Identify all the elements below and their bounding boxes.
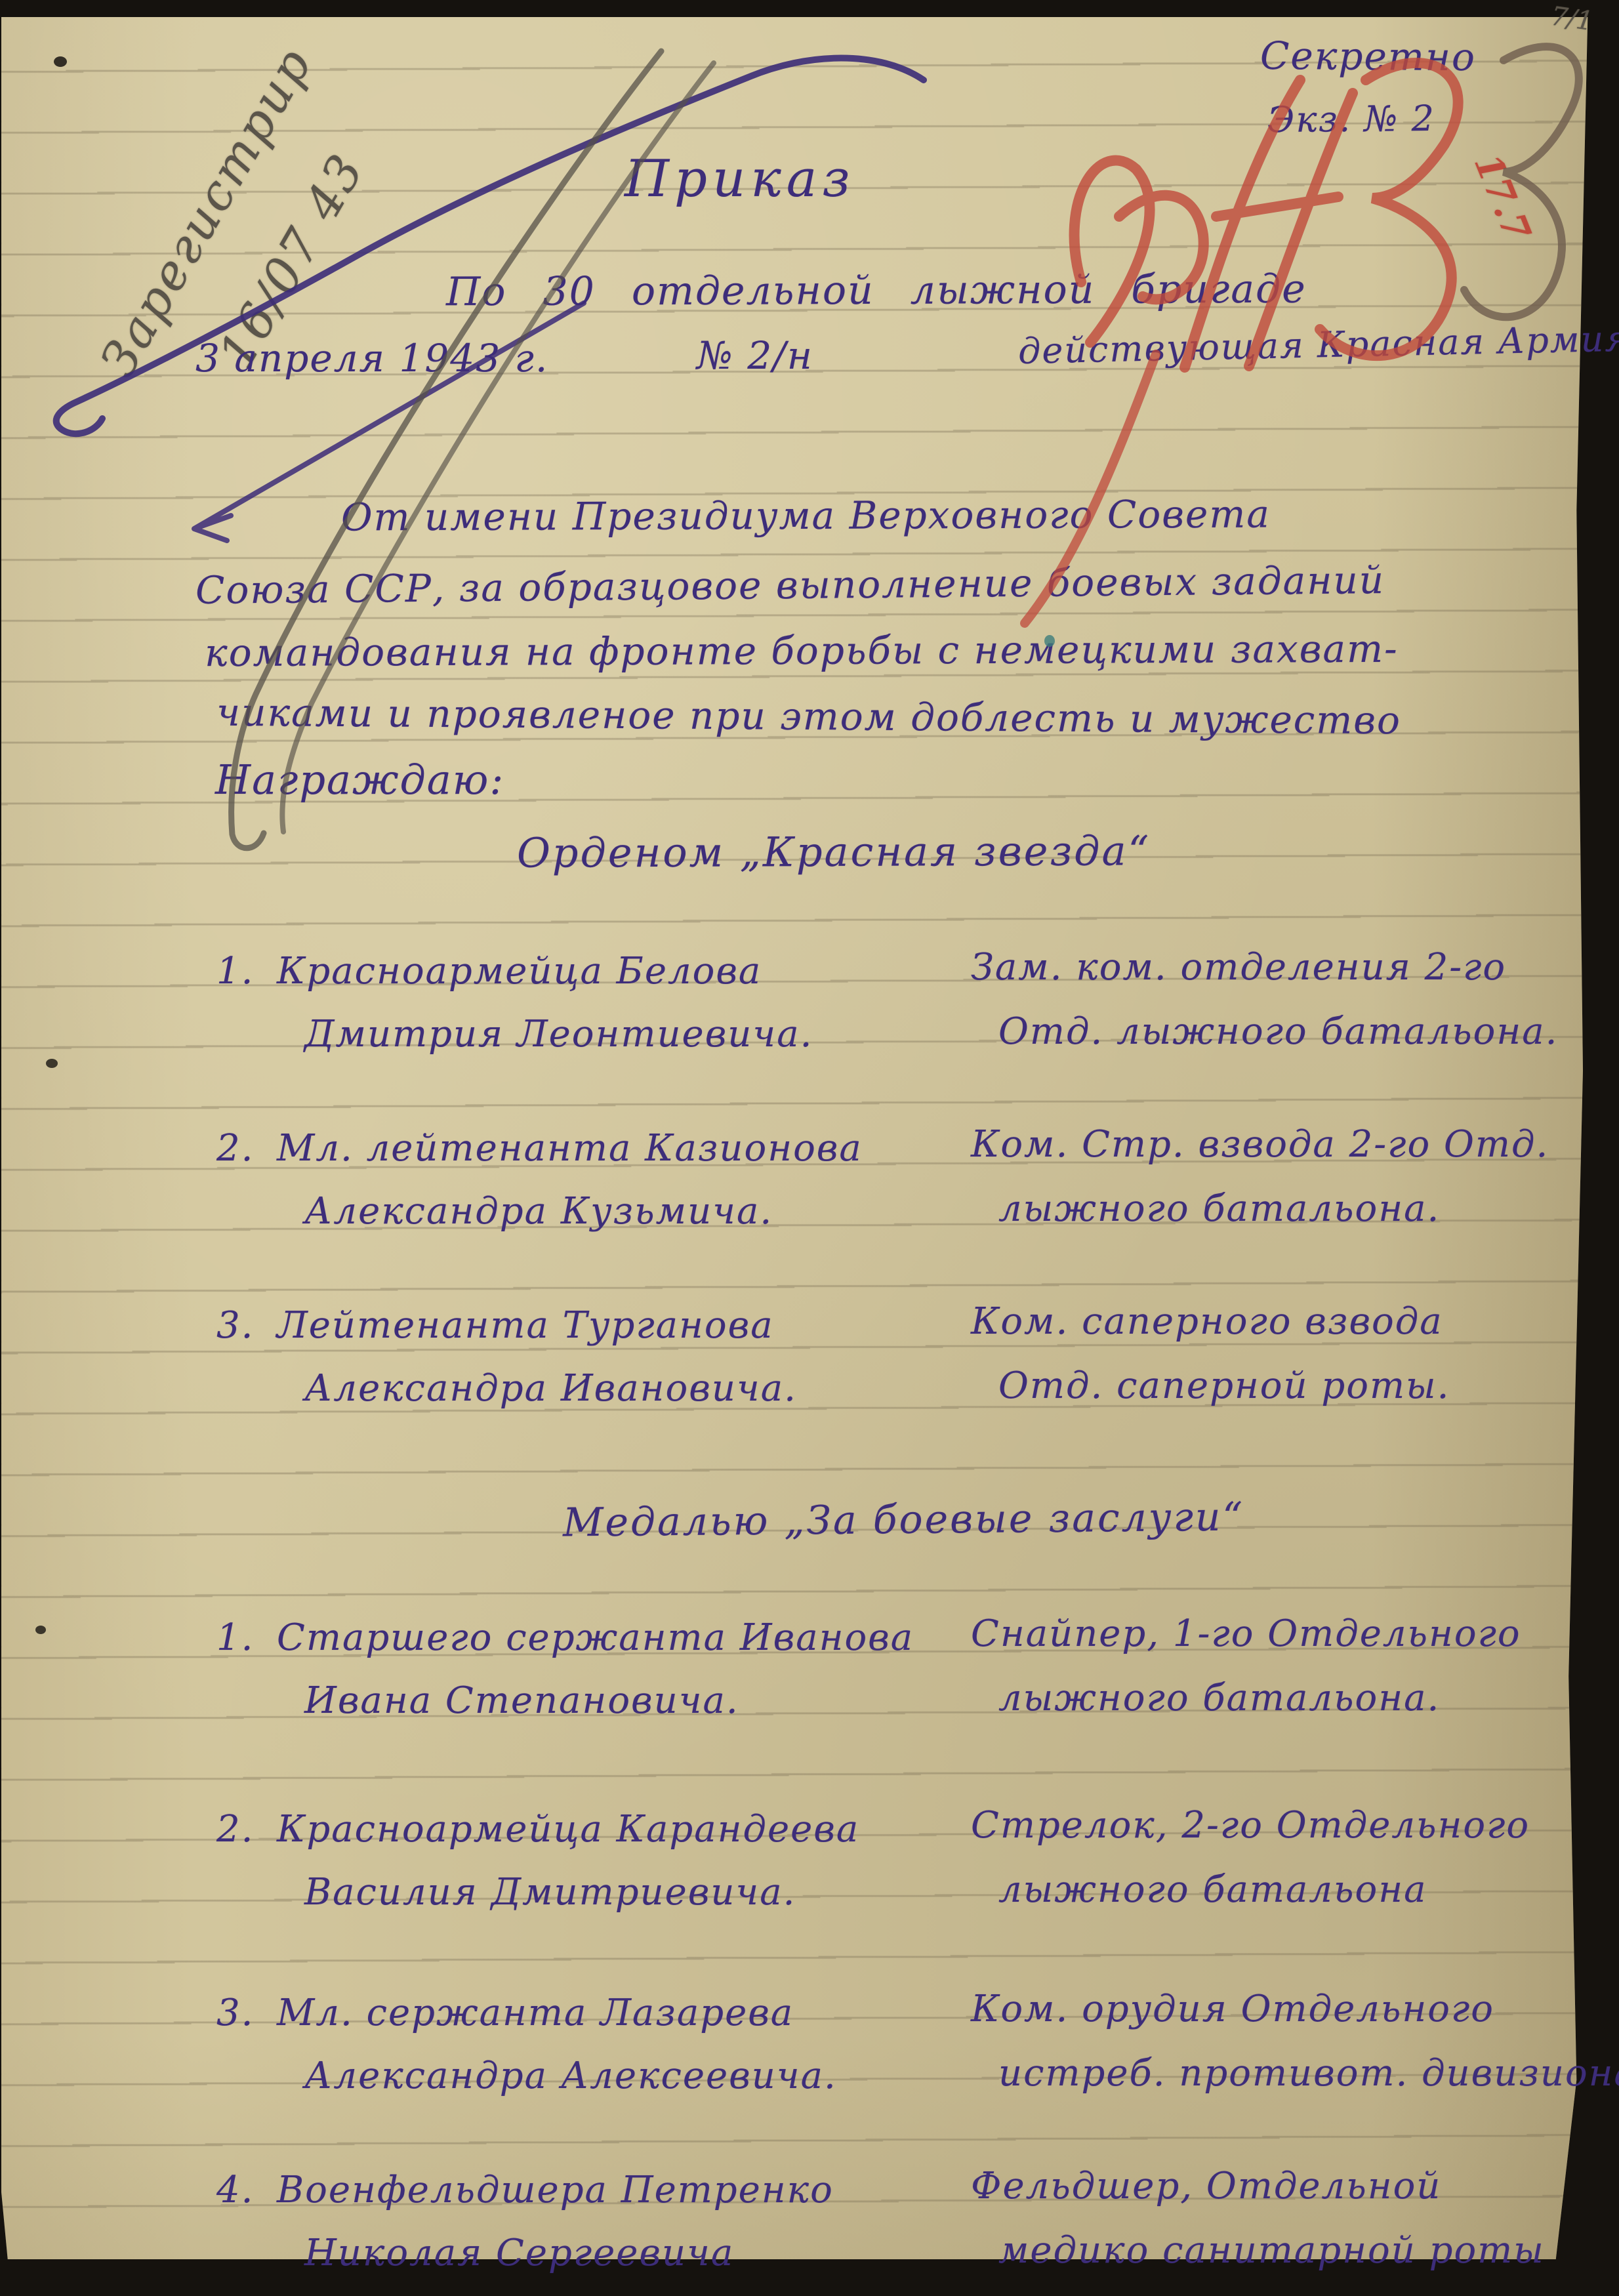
- section-heading-order: Орденом „Красная звезда“: [517, 827, 1151, 876]
- entry-position-line1: Ком. орудия Отдельного: [971, 1988, 1494, 2030]
- preamble-line3: командования на фронте борьбы с немецким…: [205, 626, 1399, 675]
- entry-number: 3.: [216, 1304, 254, 1347]
- award-verb-line: Награждаю:: [215, 756, 504, 804]
- entry-number: 2.: [216, 1808, 254, 1851]
- entry-name-line1: Красноармейца Белова: [277, 950, 762, 993]
- order-number: № 2/н: [697, 333, 813, 378]
- ink-speck: [1044, 635, 1055, 647]
- paper-hole: [46, 1059, 58, 1068]
- entry-name-line1: Лейтенанта Турганова: [277, 1304, 774, 1347]
- award-entry: 1. Красноармейца Белова Дмитрия Леонтиев…: [216, 950, 1548, 1081]
- date-line: 3 апреля 1943 г.: [195, 336, 548, 380]
- entry-position-line1: Зам. ком. отделения 2-го: [971, 946, 1506, 989]
- entry-position-line2: истреб. противот. дивизиона: [998, 2052, 1619, 2095]
- document-scan: 7/1 Секретно Экз. № 2 Зарегистрир 16/07 …: [0, 0, 1619, 2296]
- entry-name-line1: Мл. лейтенанта Казионова: [277, 1127, 863, 1170]
- entry-name-line2: Александра Ивановича.: [304, 1367, 797, 1410]
- entry-number: 3.: [216, 1992, 254, 2034]
- entry-number: 1.: [216, 950, 254, 993]
- entry-name-line1: Красноармейца Карандеева: [277, 1808, 859, 1851]
- entry-position-line1: Фельдшер, Отдельной: [971, 2165, 1441, 2207]
- entry-position-line2: медико санитарной роты: [998, 2229, 1545, 2272]
- entry-name-line1: Военфельдшера Петренко: [277, 2169, 834, 2211]
- entry-position-line1: Ком. Стр. взвода 2-го Отд.: [971, 1123, 1549, 1166]
- entry-name-line1: Мл. сержанта Лазарева: [277, 1992, 794, 2034]
- award-entry: 3. Мл. сержанта Лазарева Александра Алек…: [216, 1992, 1548, 2123]
- entry-position-line1: Стрелок, 2-го Отдельного: [971, 1804, 1530, 1847]
- entry-position-line2: лыжного батальона.: [998, 1677, 1440, 1719]
- entry-name-line2: Ивана Степановича.: [304, 1679, 739, 1722]
- document-title: Приказ: [625, 150, 855, 209]
- entry-name-line2: Василия Дмитриевича.: [304, 1871, 796, 1914]
- entry-name-line1: Старшего сержанта Иванова: [277, 1616, 914, 1659]
- entry-name-line2: Николая Сергеевича: [304, 2232, 734, 2274]
- entry-position-line1: Снайпер, 1-го Отдельного: [971, 1612, 1521, 1655]
- entry-name-line2: Александра Алексеевича.: [304, 2055, 837, 2097]
- award-entry: 1. Старшего сержанта Иванова Ивана Степа…: [216, 1616, 1548, 1748]
- section-heading-medal: Медалью „За боевые заслуги“: [563, 1494, 1245, 1546]
- classification-label: Секретно: [1260, 33, 1476, 79]
- award-entry: 3. Лейтенанта Турганова Александра Ивано…: [216, 1304, 1548, 1435]
- award-entry: 2. Красноармейца Карандеева Василия Дмит…: [216, 1808, 1548, 1939]
- entry-number: 1.: [216, 1616, 254, 1659]
- entry-position-line2: лыжного батальона: [998, 1868, 1427, 1911]
- entry-name-line2: Дмитрия Леонтиевича.: [304, 1013, 813, 1056]
- entry-number: 4.: [216, 2169, 254, 2211]
- entry-position-line2: лыжного батальона.: [998, 1187, 1440, 1230]
- paper-hole: [35, 1626, 46, 1634]
- preamble-line1: От имени Президиума Верховного Совета: [341, 492, 1271, 540]
- copy-number-label: Экз. № 2: [1267, 98, 1436, 140]
- award-entry: 2. Мл. лейтенанта Казионова Александра К…: [216, 1127, 1548, 1258]
- entry-name-line2: Александра Кузьмича.: [304, 1190, 773, 1233]
- unit-line: По 30 отдельной лыжной бригаде: [446, 266, 1307, 316]
- page-corner-note: 7/1: [1549, 1, 1595, 37]
- entry-position-line1: Ком. саперного взвода: [971, 1300, 1443, 1343]
- preamble-line4: чиками и проявленое при этом доблесть и …: [216, 690, 1401, 743]
- entry-position-line2: Отд. саперной роты.: [998, 1364, 1450, 1407]
- award-entry: 4. Военфельдшера Петренко Николая Сергее…: [216, 2169, 1548, 2296]
- entry-position-line2: Отд. лыжного батальона.: [998, 1010, 1558, 1053]
- entry-number: 2.: [216, 1127, 254, 1170]
- paper-hole: [54, 56, 67, 67]
